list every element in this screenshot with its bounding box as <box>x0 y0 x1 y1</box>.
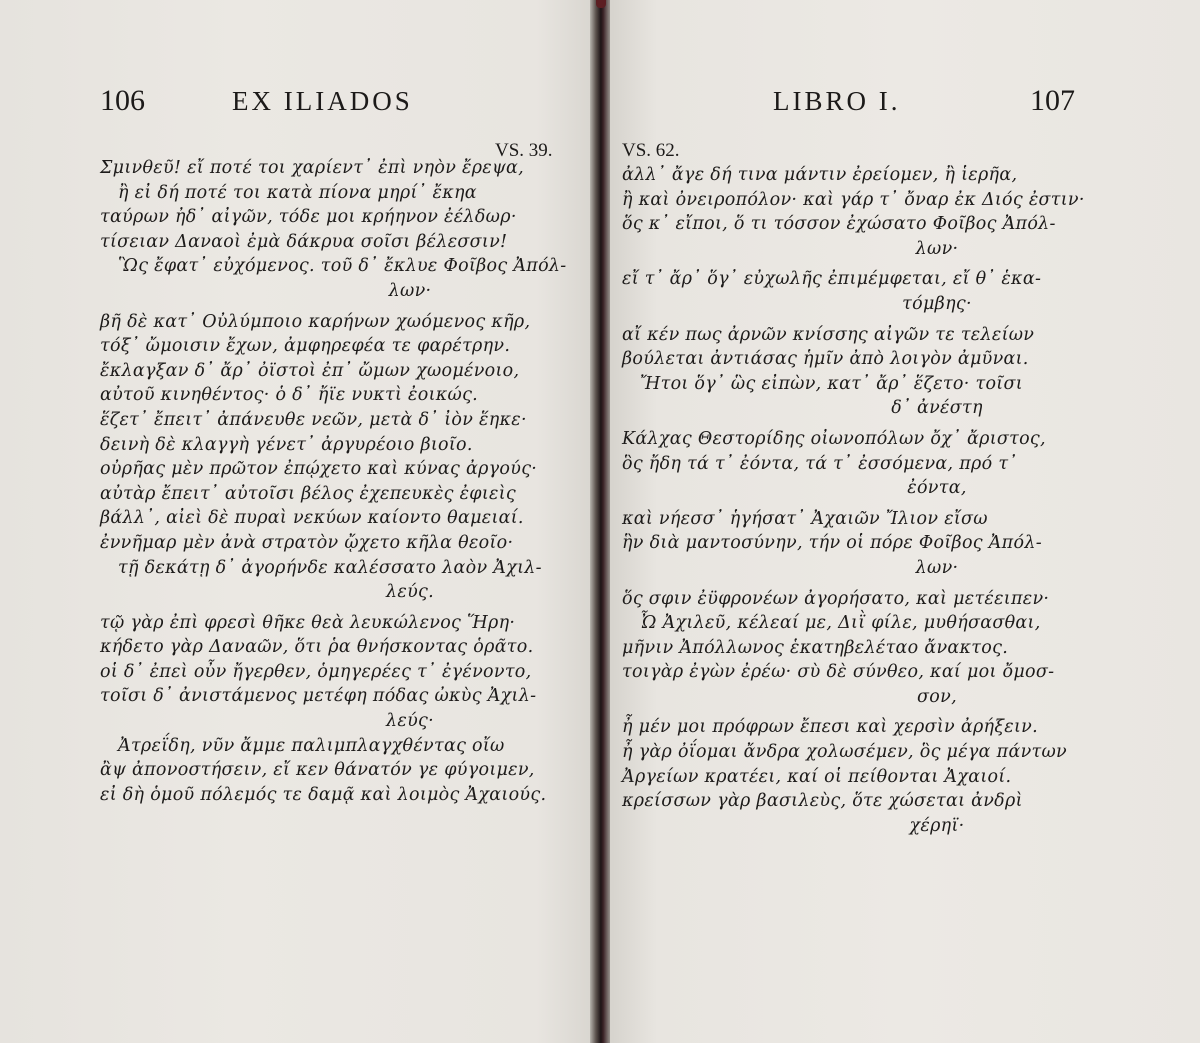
verse-line: ἀλλ᾽ ἄγε δή τινα μάντιν ἐρείομεν, ἢ ἱερῆ… <box>622 163 1102 188</box>
verse-marker-right: VS. 62. <box>622 140 680 162</box>
verse-line: ἢ καὶ ὀνειροπόλον· καὶ γάρ τ᾽ ὄναρ ἐκ Δι… <box>622 188 1102 213</box>
verse-line: ἐννῆμαρ μὲν ἀνὰ στρατὸν ᾤχετο κῆλα θεοῖο… <box>100 531 570 556</box>
verse-line: σον, <box>622 685 1102 710</box>
verse-line: αὐτοῦ κινηθέντος· ὁ δ᾽ ἤϊε νυκτὶ ἐοικώς. <box>100 383 570 408</box>
verse-line: ἕζετ᾽ ἔπειτ᾽ ἀπάνευθε νεῶν, μετὰ δ᾽ ἰὸν … <box>100 408 570 433</box>
verse-line: μῆνιν Ἀπόλλωνος ἑκατηβελέταο ἄνακτος. <box>622 636 1102 661</box>
running-head-left: EX ILIADOS <box>232 86 413 117</box>
verse-line: ἢ εἰ δή ποτέ τοι κατὰ πίονα μηρί᾽ ἔκηα <box>100 181 570 206</box>
verse-line: αἴ κέν πως ἀρνῶν κνίσσης αἰγῶν τε τελείω… <box>622 323 1102 348</box>
verse-line: ἂψ ἀπονοστήσειν, εἴ κεν θάνατόν γε φύγοι… <box>100 758 570 783</box>
verse-line: Ἀτρεΐδη, νῦν ἄμμε παλιμπλαγχθέντας οἴω <box>100 734 570 759</box>
verse-line: ἦ μέν μοι πρόφρων ἔπεσι καὶ χερσὶν ἀρήξε… <box>622 715 1102 740</box>
verse-line: τῷ γὰρ ἐπὶ φρεσὶ θῆκε θεὰ λευκώλενος Ἥρη… <box>100 611 570 636</box>
verse-line: ἦ γὰρ ὀΐομαι ἄνδρα χολωσέμεν, ὃς μέγα πά… <box>622 740 1102 765</box>
verse-line: ὅς κ᾽ εἴποι, ὅ τι τόσσον ἐχώσατο Φοῖβος … <box>622 212 1102 237</box>
verse-line: ὃς ἤδη τά τ᾽ ἐόντα, τά τ᾽ ἐσσόμενα, πρό … <box>622 452 1102 477</box>
verse-line: λεύς. <box>100 580 570 605</box>
verse-line: Σμινθεῦ! εἴ ποτέ τοι χαρίεντ᾽ ἐπὶ νηὸν ἔ… <box>100 156 570 181</box>
verse-line: Κάλχας Θεστορίδης οἰωνοπόλων ὄχ᾽ ἄριστος… <box>622 427 1102 452</box>
verse-line: λων· <box>622 556 1102 581</box>
page-number-left: 106 <box>100 84 145 118</box>
verse-line: Ὣς ἔφατ᾽ εὐχόμενος. τοῦ δ᾽ ἔκλυε Φοῖβος … <box>100 254 570 279</box>
right-page: LIBRO I. 107 VS. 62. ἀλλ᾽ ἄγε δή τινα μά… <box>610 0 1200 1043</box>
verse-line: λεύς· <box>100 709 570 734</box>
verse-line: καὶ νήεσσ᾽ ἡγήσατ᾽ Ἀχαιῶν Ἴλιον εἴσω <box>622 507 1102 532</box>
verse-line: κρείσσων γὰρ βασιλεὺς, ὅτε χώσεται ἀνδρὶ <box>622 789 1102 814</box>
open-book-spread: 106 EX ILIADOS VS. 39. Σμινθεῦ! εἴ ποτέ … <box>0 0 1200 1043</box>
verse-line: τῇ δεκάτῃ δ᾽ ἀγορήνδε καλέσσατο λαὸν Ἀχι… <box>100 556 570 581</box>
verse-line: οὐρῆας μὲν πρῶτον ἐπῴχετο καὶ κύνας ἀργο… <box>100 457 570 482</box>
verse-line: τόξ᾽ ὤμοισιν ἔχων, ἀμφηρεφέα τε φαρέτρην… <box>100 334 570 359</box>
verse-line: τόμβης· <box>622 292 1102 317</box>
verse-line: ἔκλαγξαν δ᾽ ἄρ᾽ ὀϊστοὶ ἐπ᾽ ὤμων χωομένοι… <box>100 359 570 384</box>
verse-line: χέρηϊ· <box>622 814 1102 839</box>
spine-headband <box>596 0 606 8</box>
verse-line: τίσειαν Δαναοὶ ἐμὰ δάκρυα σοῖσι βέλεσσιν… <box>100 230 570 255</box>
verse-line: δ᾽ ἀνέστη <box>622 396 1102 421</box>
verse-line: λων· <box>100 279 570 304</box>
verse-line: ταύρων ἠδ᾽ αἰγῶν, τόδε μοι κρήηνον ἐέλδω… <box>100 205 570 230</box>
verse-line: ἐόντα, <box>622 476 1102 501</box>
verse-line: δεινὴ δὲ κλαγγὴ γένετ᾽ ἀργυρέοιο βιοῖο. <box>100 433 570 458</box>
left-page-text: Σμινθεῦ! εἴ ποτέ τοι χαρίεντ᾽ ἐπὶ νηὸν ἔ… <box>100 156 570 807</box>
verse-line: αὐτὰρ ἔπειτ᾽ αὐτοῖσι βέλος ἐχεπευκὲς ἐφι… <box>100 482 570 507</box>
page-number-right: 107 <box>1030 84 1075 118</box>
verse-line: λων· <box>622 237 1102 262</box>
verse-line: τοῖσι δ᾽ ἀνιστάμενος μετέφη πόδας ὠκὺς Ἀ… <box>100 684 570 709</box>
verse-line: εἰ δὴ ὁμοῦ πόλεμός τε δαμᾷ καὶ λοιμὸς Ἀχ… <box>100 783 570 808</box>
left-page: 106 EX ILIADOS VS. 39. Σμινθεῦ! εἴ ποτέ … <box>0 0 596 1043</box>
verse-line: οἱ δ᾽ ἐπεὶ οὖν ἤγερθεν, ὁμηγερέες τ᾽ ἐγέ… <box>100 660 570 685</box>
verse-line: βάλλ᾽, αἰεὶ δὲ πυραὶ νεκύων καίοντο θαμε… <box>100 506 570 531</box>
verse-line: Ὦ Ἀχιλεῦ, κέλεαί με, Διῒ φίλε, μυθήσασθα… <box>622 611 1102 636</box>
verse-line: εἴ τ᾽ ἄρ᾽ ὅγ᾽ εὐχωλῆς ἐπιμέμφεται, εἴ θ᾽… <box>622 267 1102 292</box>
verse-line: κήδετο γὰρ Δαναῶν, ὅτι ῥα θνήσκοντας ὁρᾶ… <box>100 635 570 660</box>
running-head-right: LIBRO I. <box>773 86 901 117</box>
verse-line: Ἀργείων κρατέει, καί οἱ πείθονται Ἀχαιοί… <box>622 765 1102 790</box>
verse-line: τοιγὰρ ἐγὼν ἐρέω· σὺ δὲ σύνθεο, καί μοι … <box>622 660 1102 685</box>
verse-line: ὅς σφιν ἐϋφρονέων ἀγορήσατο, καὶ μετέειπ… <box>622 587 1102 612</box>
verse-line: Ἤτοι ὅγ᾽ ὣς εἰπὼν, κατ᾽ ἄρ᾽ ἕζετο· τοῖσι <box>622 372 1102 397</box>
verse-line: βούλεται ἀντιάσας ἡμῖν ἀπὸ λοιγὸν ἀμῦναι… <box>622 347 1102 372</box>
verse-line: ἣν διὰ μαντοσύνην, τήν οἱ πόρε Φοῖβος Ἀπ… <box>622 531 1102 556</box>
right-page-text: ἀλλ᾽ ἄγε δή τινα μάντιν ἐρείομεν, ἢ ἱερῆ… <box>622 163 1102 838</box>
verse-line: βῆ δὲ κατ᾽ Οὐλύμποιο καρήνων χωόμενος κῆ… <box>100 310 570 335</box>
